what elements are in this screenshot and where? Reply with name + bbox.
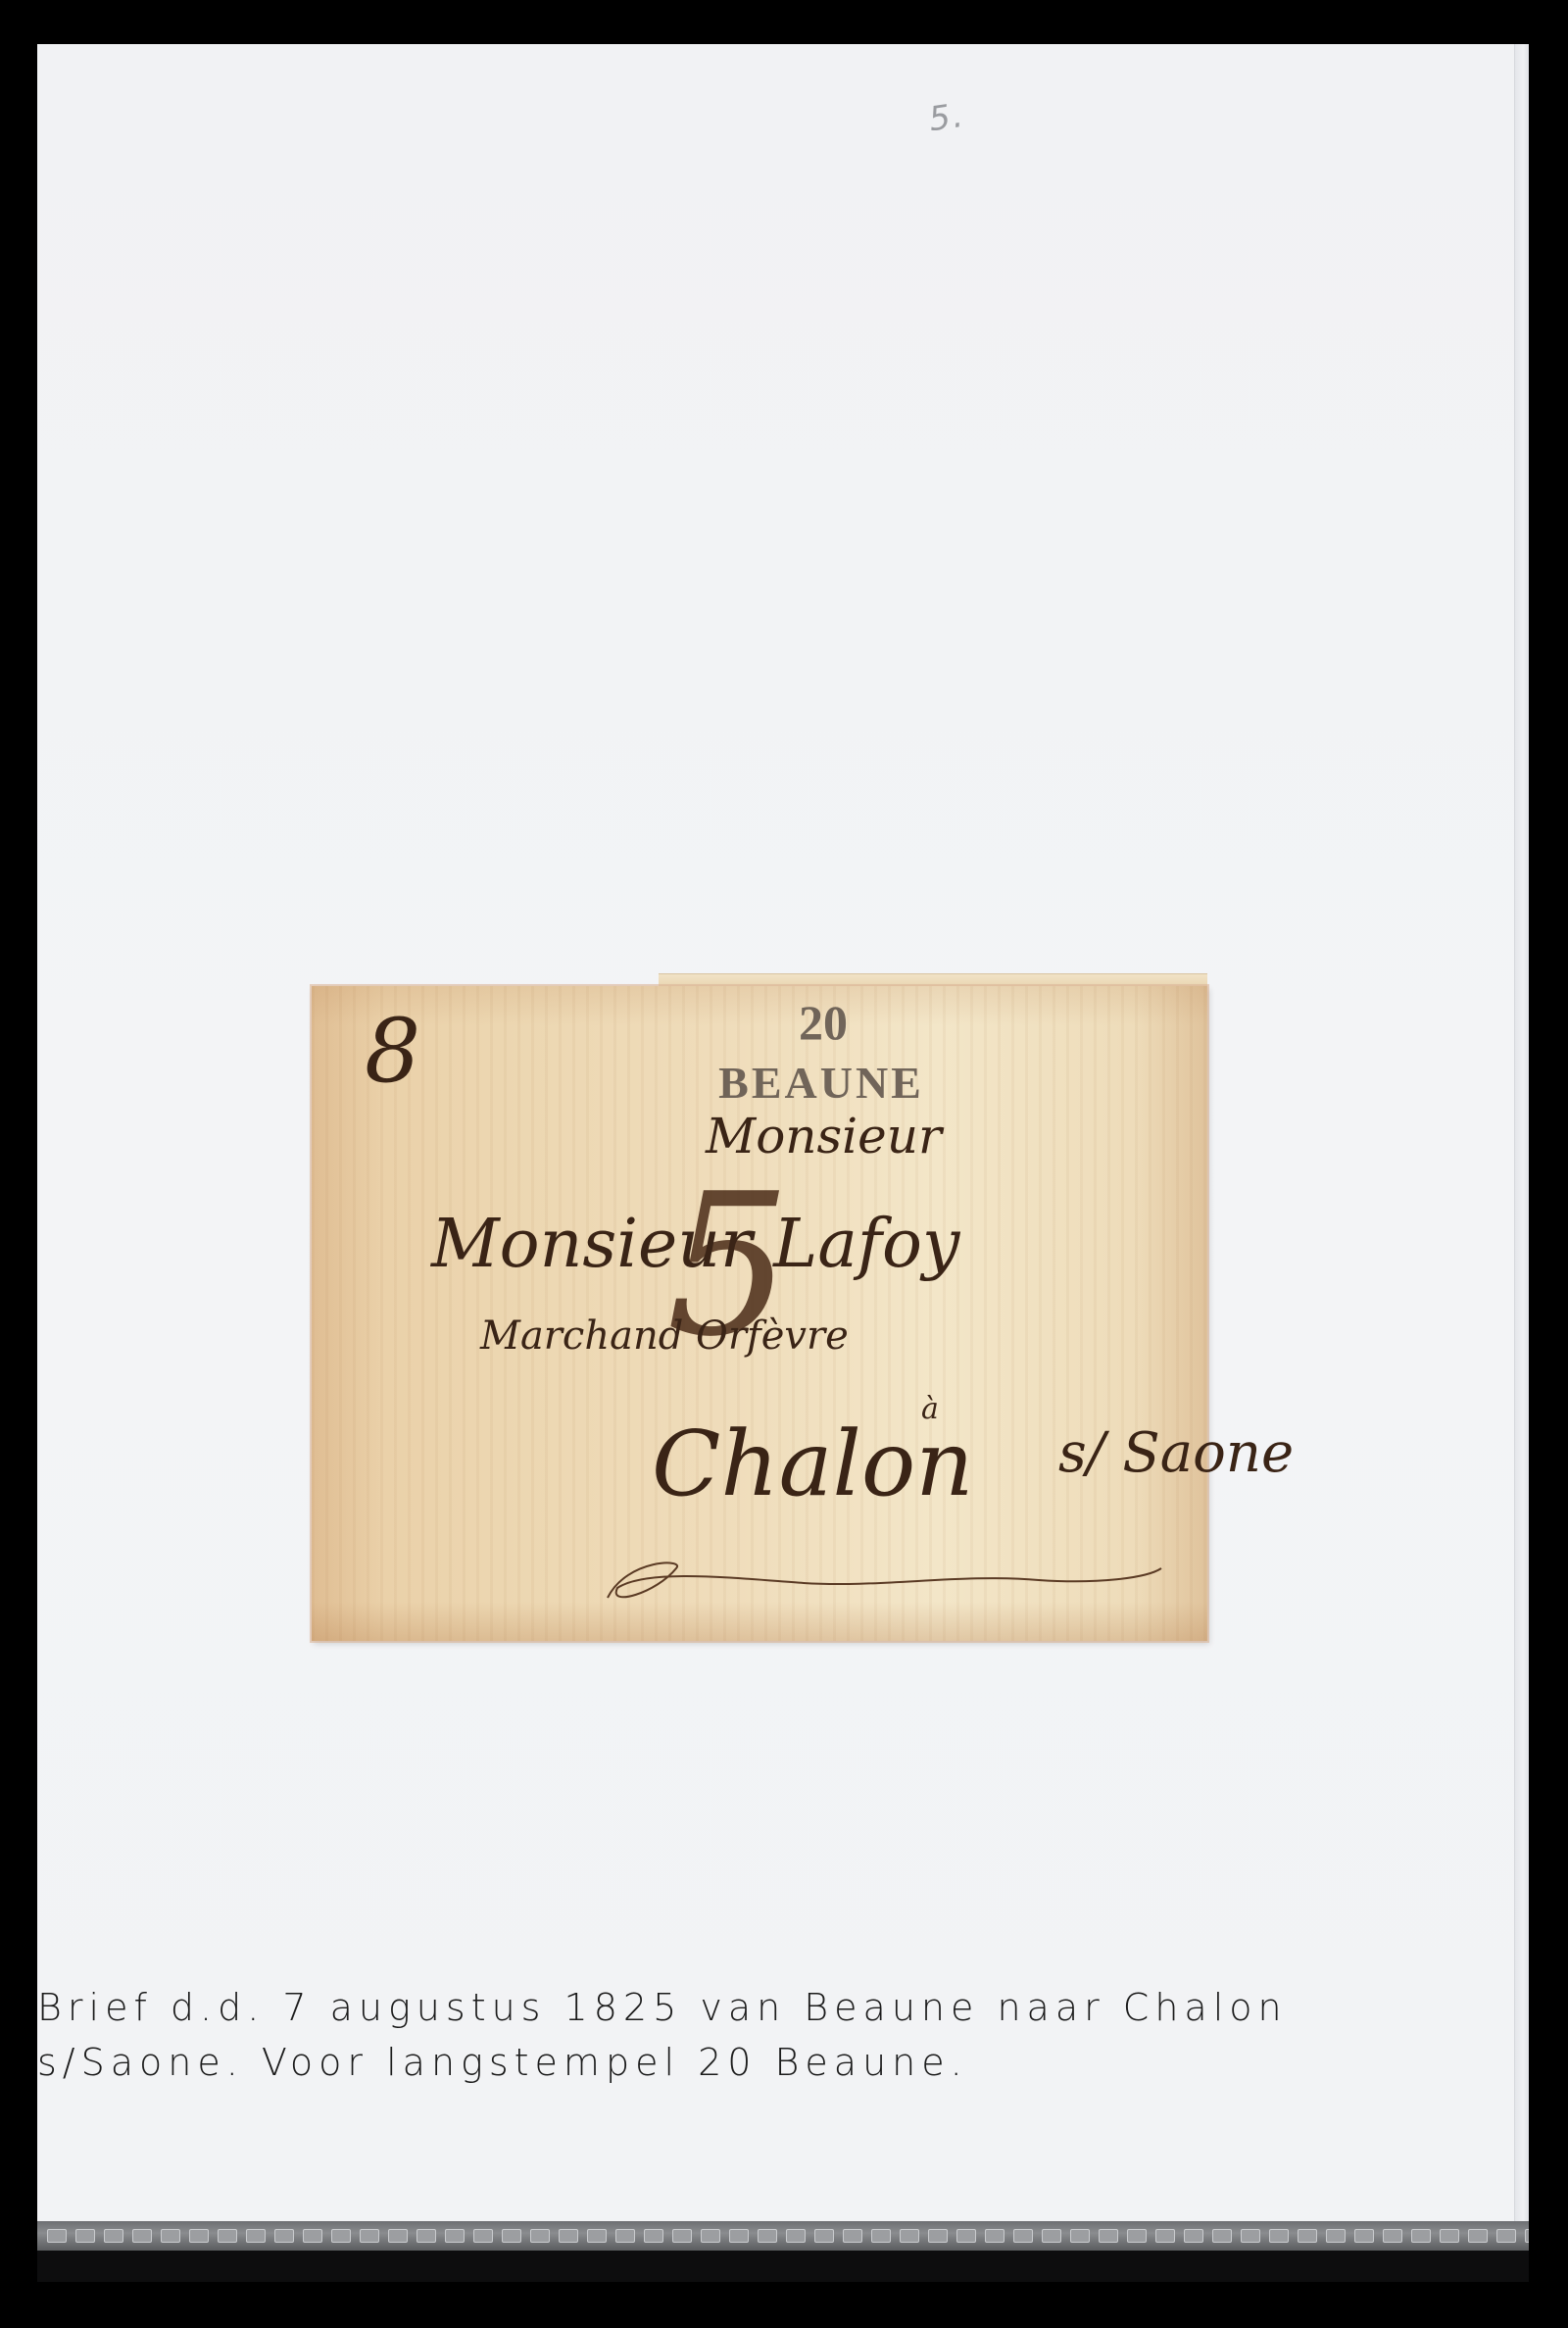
perforation-hole [161, 2229, 180, 2243]
perforation-hole [530, 2229, 550, 2243]
perforation-hole [1354, 2229, 1374, 2243]
perforation-hole [843, 2229, 862, 2243]
perforation-hole [303, 2229, 322, 2243]
address-salutation: Monsieur [706, 1108, 942, 1164]
perforation-hole [1184, 2229, 1203, 2243]
perforation-hole [1411, 2229, 1431, 2243]
address-profession: Marchand Orfèvre [480, 1313, 849, 1359]
handwritten-caption: Brief d.d. 7 augustus 1825 van Beaune na… [37, 1980, 1409, 2090]
perforation-hole [1269, 2229, 1289, 2243]
address-city: Chalon [652, 1412, 974, 1516]
perforation-hole [900, 2229, 919, 2243]
binder-strip [37, 2221, 1529, 2251]
perforation-hole [47, 2229, 67, 2243]
perforation-hole [1127, 2229, 1147, 2243]
perforation-hole [1013, 2229, 1033, 2243]
perforation-hole [1525, 2229, 1529, 2243]
perforation-hole [814, 2229, 834, 2243]
rate-mark: 8 [365, 1000, 420, 1103]
perforation-hole [701, 2229, 720, 2243]
perforation-hole [1042, 2229, 1061, 2243]
perforation-hole [871, 2229, 891, 2243]
perforation-hole [1099, 2229, 1118, 2243]
perforation-hole [218, 2229, 237, 2243]
address-region: s/ Saone [1058, 1421, 1294, 1485]
page-edge [1514, 44, 1529, 2232]
caption-line: Brief d.d. 7 augustus 1825 van Beaune na… [37, 1980, 1409, 2035]
underline-flourish-icon [588, 1539, 1176, 1617]
perforation-hole [758, 2229, 777, 2243]
perforation-hole [502, 2229, 521, 2243]
perforation-hole [274, 2229, 294, 2243]
perforation-hole [331, 2229, 351, 2243]
binder-shadow [37, 2251, 1529, 2282]
perforation-hole [189, 2229, 209, 2243]
perforation-hole [1241, 2229, 1260, 2243]
perforation-hole [473, 2229, 493, 2243]
perforation-hole [786, 2229, 806, 2243]
perforation-hole [985, 2229, 1004, 2243]
perforation-hole [644, 2229, 663, 2243]
perforation-hole [1298, 2229, 1317, 2243]
perforation-hole [1468, 2229, 1488, 2243]
perforation-hole [729, 2229, 749, 2243]
perforation-hole [615, 2229, 635, 2243]
perforation-hole [132, 2229, 152, 2243]
perforation-hole [559, 2229, 578, 2243]
perforation-hole [1440, 2229, 1459, 2243]
perforation-hole [1155, 2229, 1175, 2243]
perforation-hole [928, 2229, 948, 2243]
perforation-hole [672, 2229, 692, 2243]
perforation-hole [1496, 2229, 1516, 2243]
perforation-hole [104, 2229, 123, 2243]
postmark-town: BEAUNE [694, 1057, 949, 1109]
perforation-hole [587, 2229, 607, 2243]
perforation-hole [416, 2229, 436, 2243]
perforation-hole [360, 2229, 379, 2243]
caption-line: s/Saone. Voor langstempel 20 Beaune. [37, 2035, 1409, 2090]
perforation-hole [1070, 2229, 1090, 2243]
perforation-hole [956, 2229, 976, 2243]
page-number: 5. [926, 96, 967, 140]
perforation-hole [1326, 2229, 1346, 2243]
perforation-hole [75, 2229, 95, 2243]
perforation-hole [388, 2229, 408, 2243]
postmark-number: 20 [774, 994, 872, 1051]
perforation-hole [1212, 2229, 1232, 2243]
perforation-hole [246, 2229, 266, 2243]
perforation-hole [1383, 2229, 1402, 2243]
perforation-hole [445, 2229, 465, 2243]
address-name: Monsieur Lafoy [431, 1206, 959, 1283]
